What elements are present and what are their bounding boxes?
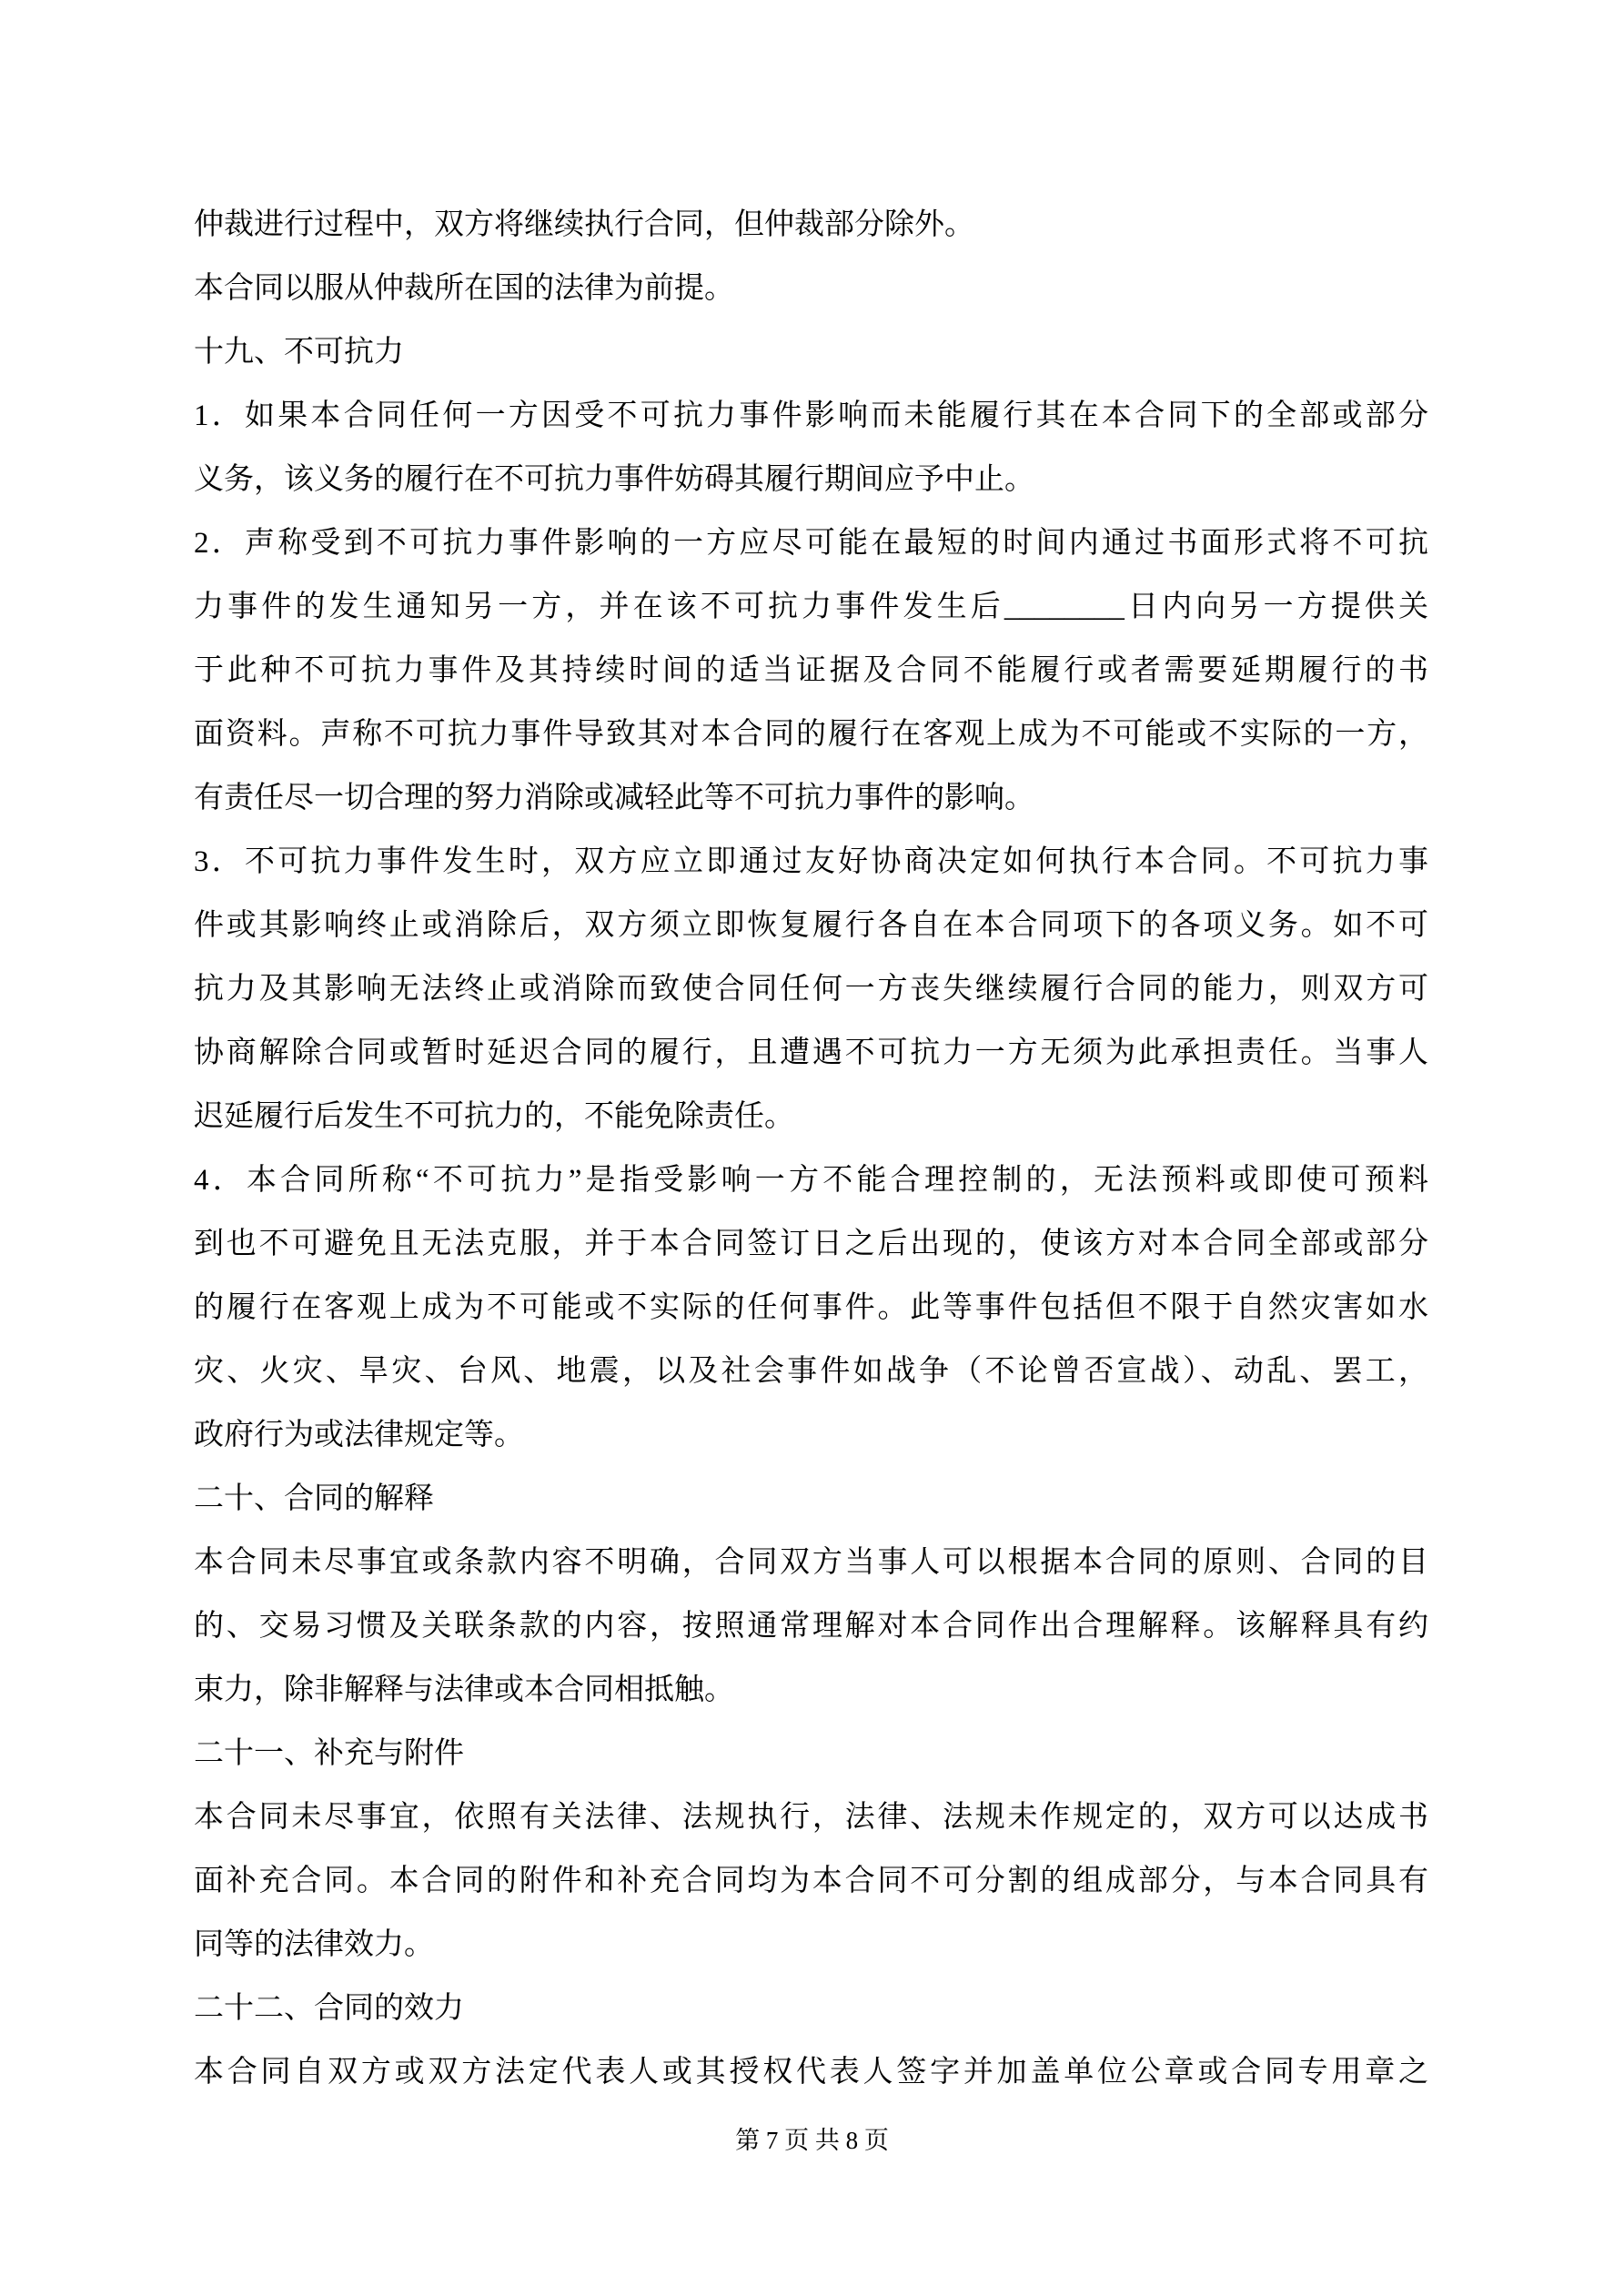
text-line: 本合同自双方或双方法定代表人或其授权代表人签字并加盖单位公章或合同专用章之 — [194, 2040, 1428, 2104]
text-line: 束力，除非解释与法律或本合同相抵触。 — [194, 1658, 1428, 1722]
text-line: 二十、合同的解释 — [194, 1467, 1428, 1531]
text-line: 协商解除合同或暂时延迟合同的履行，且遭遇不可抗力一方无须为此承担责任。当事人 — [194, 1021, 1428, 1085]
text-line: 面补充合同。本合同的附件和补充合同均为本合同不可分割的组成部分，与本合同具有 — [194, 1849, 1428, 1913]
text-line: 本合同未尽事宜，依照有关法律、法规执行，法律、法规未作规定的，双方可以达成书 — [194, 1785, 1428, 1849]
text-line: 同等的法律效力。 — [194, 1913, 1428, 1977]
text-line: 3．不可抗力事件发生时，双方应立即通过友好协商决定如何执行本合同。不可抗力事 — [194, 830, 1428, 894]
text-line: 义务，该义务的履行在不可抗力事件妨碍其履行期间应予中止。 — [194, 448, 1428, 511]
text-line: 本合同以服从仲裁所在国的法律为前提。 — [194, 257, 1428, 320]
text-line: 件或其影响终止或消除后，双方须立即恢复履行各自在本合同项下的各项义务。如不可 — [194, 894, 1428, 957]
text-line: 到也不可避免且无法克服，并于本合同签订日之后出现的，使该方对本合同全部或部分 — [194, 1212, 1428, 1276]
text-line: 2．声称受到不可抗力事件影响的一方应尽可能在最短的时间内通过书面形式将不可抗 — [194, 511, 1428, 575]
text-line: 力事件的发生通知另一方，并在该不可抗力事件发生后________日内向另一方提供… — [194, 575, 1428, 639]
text-line: 二十一、补充与附件 — [194, 1722, 1428, 1785]
text-line: 面资料。声称不可抗力事件导致其对本合同的履行在客观上成为不可能或不实际的一方， — [194, 703, 1428, 766]
text-line: 灾、火灾、旱灾、台风、地震，以及社会事件如战争（不论曾否宣战）、动乱、罢工， — [194, 1340, 1428, 1403]
document-page: 仲裁进行过程中，双方将继续执行合同，但仲裁部分除外。本合同以服从仲裁所在国的法律… — [0, 0, 1624, 2296]
text-line: 于此种不可抗力事件及其持续时间的适当证据及合同不能履行或者需要延期履行的书 — [194, 639, 1428, 703]
text-line: 抗力及其影响无法终止或消除而致使合同任何一方丧失继续履行合同的能力，则双方可 — [194, 957, 1428, 1021]
page-footer: 第 7 页 共 8 页 — [0, 2124, 1624, 2157]
text-line: 1．如果本合同任何一方因受不可抗力事件影响而未能履行其在本合同下的全部或部分 — [194, 384, 1428, 448]
text-line: 本合同未尽事宜或条款内容不明确，合同双方当事人可以根据本合同的原则、合同的目 — [194, 1531, 1428, 1594]
text-line: 仲裁进行过程中，双方将继续执行合同，但仲裁部分除外。 — [194, 193, 1428, 257]
text-line: 的履行在客观上成为不可能或不实际的任何事件。此等事件包括但不限于自然灾害如水 — [194, 1276, 1428, 1340]
text-line: 4．本合同所称“不可抗力”是指受影响一方不能合理控制的，无法预料或即使可预料 — [194, 1148, 1428, 1212]
text-line: 二十二、合同的效力 — [194, 1977, 1428, 2040]
text-line: 迟延履行后发生不可抗力的，不能免除责任。 — [194, 1085, 1428, 1148]
contract-body: 仲裁进行过程中，双方将继续执行合同，但仲裁部分除外。本合同以服从仲裁所在国的法律… — [194, 193, 1428, 2104]
text-line: 的、交易习惯及关联条款的内容，按照通常理解对本合同作出合理解释。该解释具有约 — [194, 1594, 1428, 1658]
text-line: 有责任尽一切合理的努力消除或减轻此等不可抗力事件的影响。 — [194, 766, 1428, 830]
text-line: 十九、不可抗力 — [194, 320, 1428, 384]
text-line: 政府行为或法律规定等。 — [194, 1403, 1428, 1467]
